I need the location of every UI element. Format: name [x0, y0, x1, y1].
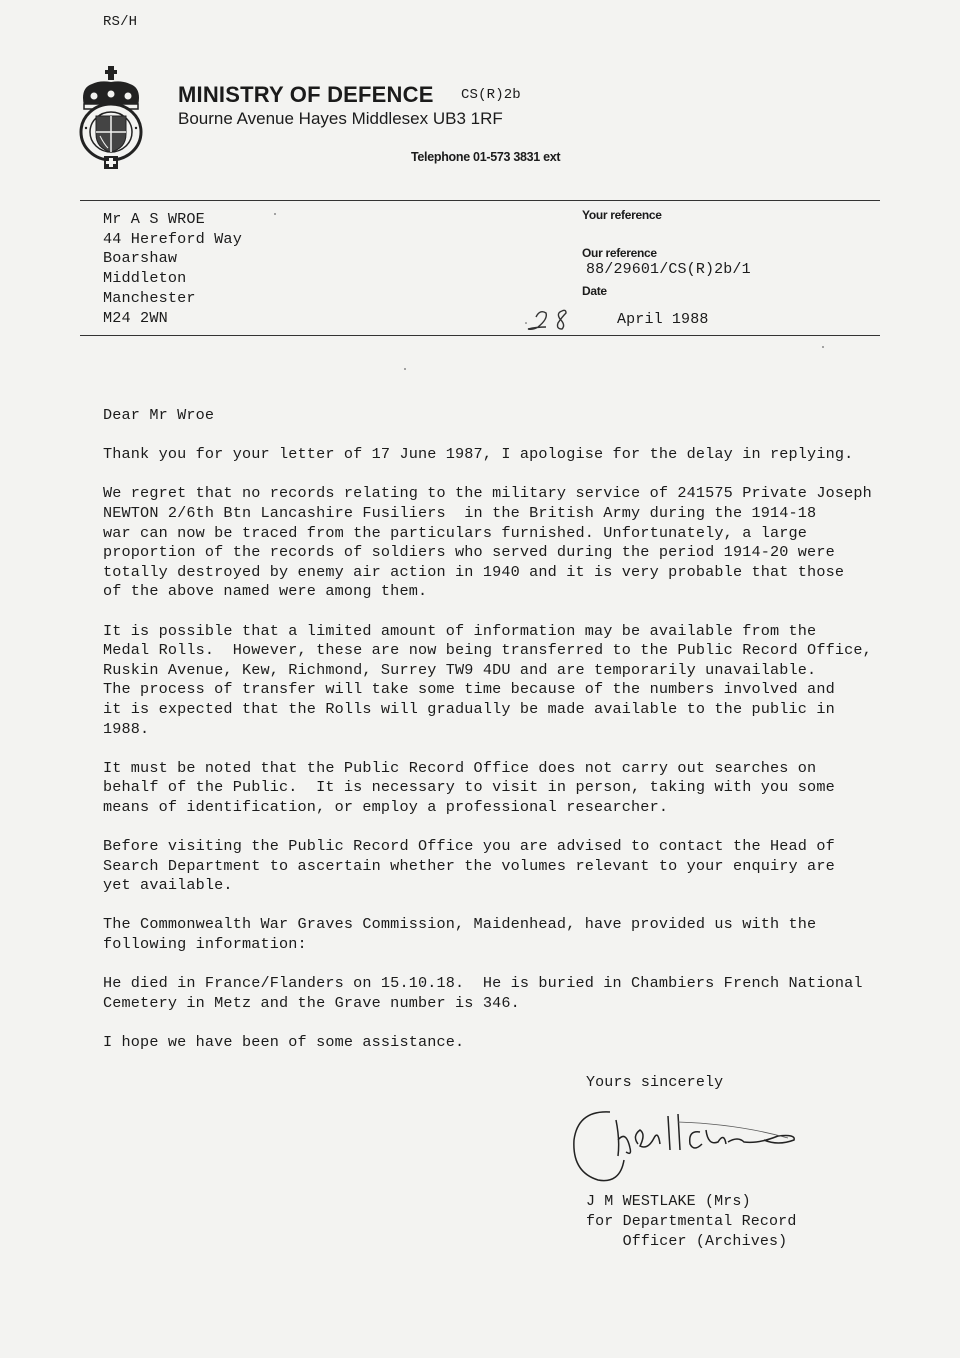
handwritten-day-icon — [522, 305, 582, 335]
body-paragraph: It must be noted that the Public Record … — [103, 759, 933, 818]
body-paragraph: The Commonwealth War Graves Commission, … — [103, 915, 933, 954]
body-paragraph: He died in France/Flanders on 15.10.18. … — [103, 974, 933, 1013]
body-paragraph: Thank you for your letter of 17 June 198… — [103, 445, 933, 465]
your-reference-label: Your reference — [582, 208, 662, 222]
our-reference-value: 88/29601/CS(R)2b/1 — [586, 261, 751, 278]
department-code: CS(R)2b — [461, 87, 521, 103]
recipient-line: Mr A S WROE — [103, 210, 242, 230]
date-label: Date — [582, 284, 607, 298]
recipient-line: Boarshaw — [103, 249, 242, 269]
organisation-name: MINISTRY OF DEFENCE — [178, 82, 434, 108]
recipient-line: Manchester — [103, 289, 242, 309]
salutation: Dear Mr Wroe — [103, 406, 933, 426]
body-paragraph: I hope we have been of some assistance. — [103, 1033, 933, 1053]
body-paragraph: Before visiting the Public Record Office… — [103, 837, 933, 896]
telephone-number: Telephone 01-573 3831 ext — [411, 150, 560, 164]
royal-crest-icon — [76, 66, 146, 170]
letter-body: Dear Mr Wroe Thank you for your letter o… — [103, 406, 933, 1072]
header-divider-top — [80, 200, 880, 201]
recipient-line: M24 2WN — [103, 309, 242, 329]
date-value: April 1988 — [617, 311, 709, 328]
recipient-address: Mr A S WROE 44 Hereford Way Boarshaw Mid… — [103, 210, 242, 328]
recipient-line: Middleton — [103, 269, 242, 289]
body-paragraph: It is possible that a limited amount of … — [103, 622, 933, 740]
handwritten-signature-icon — [568, 1100, 808, 1190]
recipient-line: 44 Hereford Way — [103, 230, 242, 250]
closing: Yours sincerely — [586, 1074, 723, 1091]
header-divider-bottom — [80, 335, 880, 336]
body-paragraph: We regret that no records relating to th… — [103, 484, 933, 602]
file-reference: RS/H — [103, 14, 137, 30]
signatory-block: J M WESTLAKE (Mrs) for Departmental Reco… — [586, 1192, 796, 1252]
organisation-address: Bourne Avenue Hayes Middlesex UB3 1RF — [178, 109, 503, 129]
our-reference-label: Our reference — [582, 246, 657, 260]
